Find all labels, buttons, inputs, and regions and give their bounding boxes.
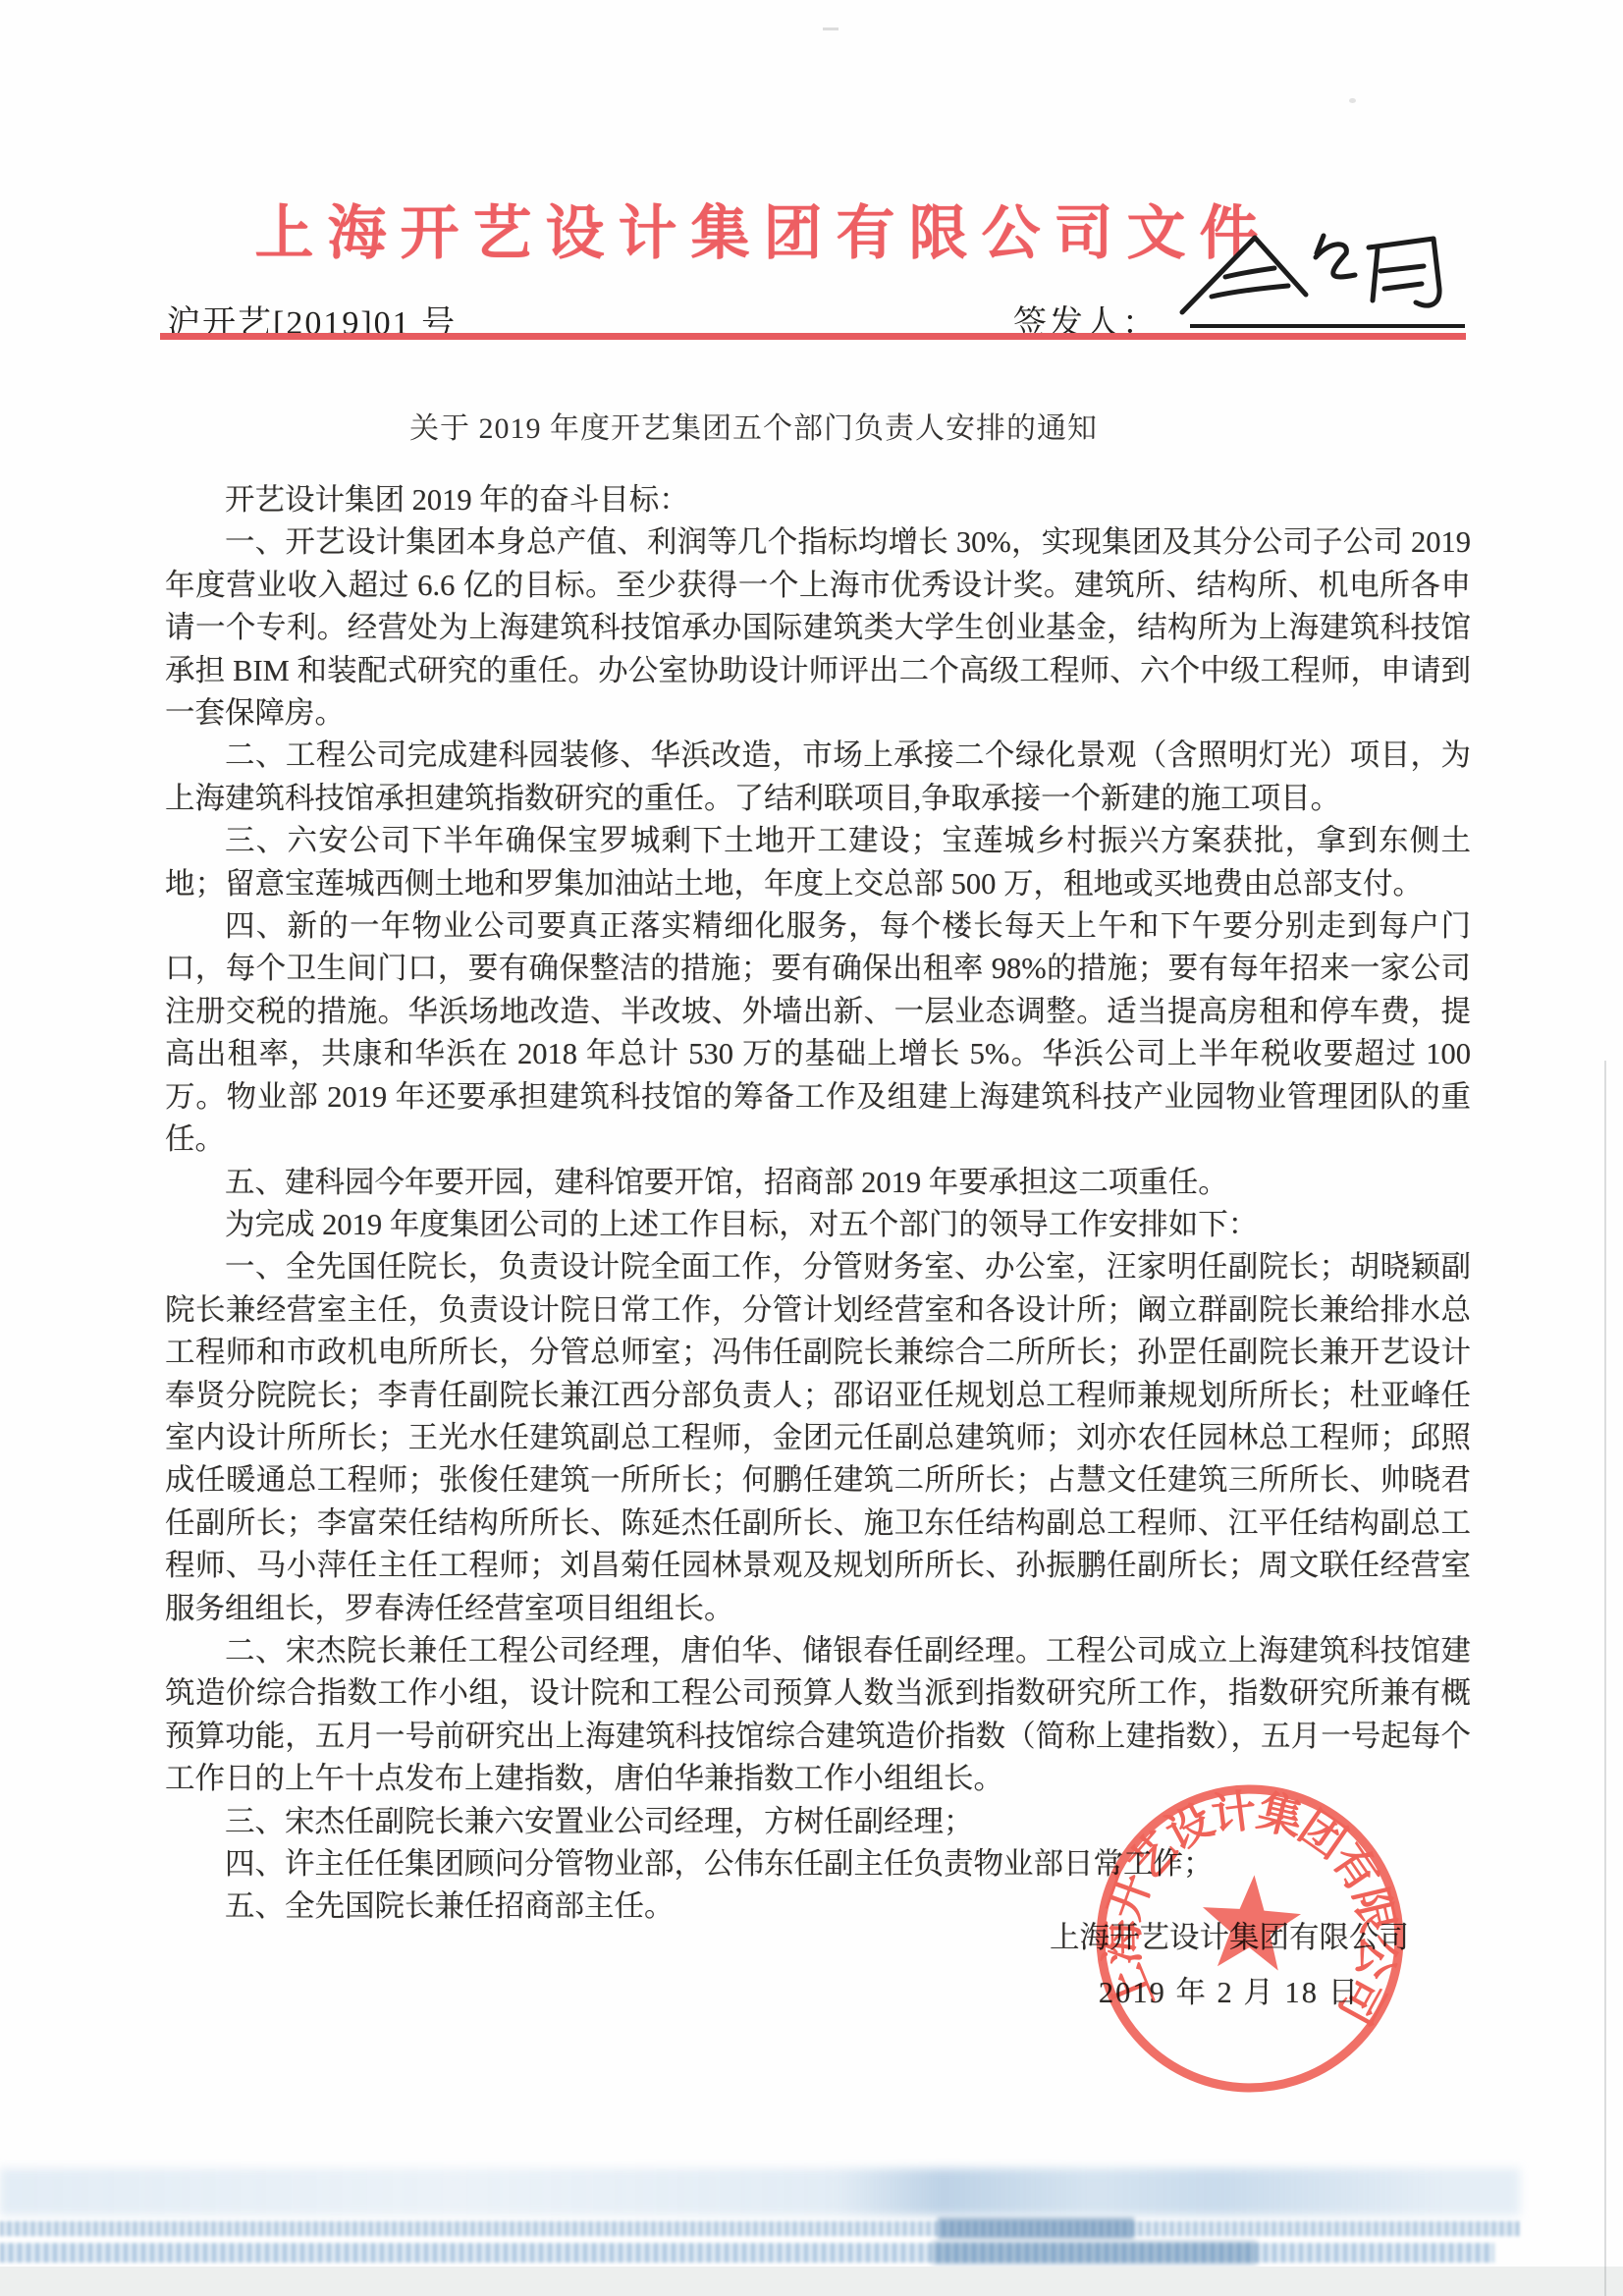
scanned-document-page: 上海开艺设计集团有限公司文件 沪开艺[2019]01 号 签发人： 关于 201… xyxy=(0,0,1623,2296)
seal-star xyxy=(1199,1872,1304,1972)
scan-artifact-band xyxy=(0,2168,1520,2215)
body-paragraph: 三、六安公司下半年确保宝罗城剩下土地开工建设；宝莲城乡村振兴方案获批，拿到东侧土… xyxy=(165,820,1471,905)
scan-speck xyxy=(1349,98,1356,103)
scan-artifact-band xyxy=(0,2221,1520,2236)
body-paragraph: 四、新的一年物业公司要真正落实精细化服务，每个楼长每天上午和下午要分别走到每户门… xyxy=(165,905,1471,1161)
issuer-signature-handwriting xyxy=(1176,224,1451,332)
body-paragraph: 为完成 2019 年度集团公司的上述工作目标，对五个部门的领导工作安排如下： xyxy=(165,1204,1471,1246)
scan-artifact-patch xyxy=(933,2241,1257,2265)
body-paragraph: 五、建科园今年要开园，建科馆要开馆，招商部 2019 年要承担这二项重任。 xyxy=(165,1162,1471,1204)
body-paragraph: 二、工程公司完成建科园装修、华浜改造，市场上承接二个绿化景观（含照明灯光）项目，… xyxy=(165,735,1471,820)
body-paragraph: 一、开艺设计集团本身总产值、利润等几个指标均增长 30%，实现集团及其分公司子公… xyxy=(165,521,1471,735)
body-paragraph: 开艺设计集团 2019 年的奋斗目标： xyxy=(165,479,1471,521)
red-separator-rule xyxy=(160,333,1466,340)
scan-speck xyxy=(823,27,839,30)
scan-footer-strip xyxy=(0,2267,1623,2296)
scan-artifact-band xyxy=(0,2243,1494,2263)
scan-artifact-patch xyxy=(938,2217,1134,2239)
scan-edge-line xyxy=(1604,1061,1606,2296)
document-title: 关于 2019 年度开艺集团五个部门负责人安排的通知 xyxy=(0,404,1565,447)
body-paragraph: 二、宋杰院长兼任工程公司经理，唐伯华、储银春任副经理。工程公司成立上海建筑科技馆… xyxy=(165,1630,1471,1801)
body-paragraph: 一、全先国任院长，负责设计院全面工作，分管财务室、办公室，汪家明任副院长；胡晓颖… xyxy=(165,1246,1471,1630)
company-seal-stamp: 上海开艺设计集团有限公司 xyxy=(1083,1772,1416,2105)
document-body: 开艺设计集团 2019 年的奋斗目标：一、开艺设计集团本身总产值、利润等几个指标… xyxy=(165,479,1471,1929)
signature-underline xyxy=(1190,324,1465,328)
